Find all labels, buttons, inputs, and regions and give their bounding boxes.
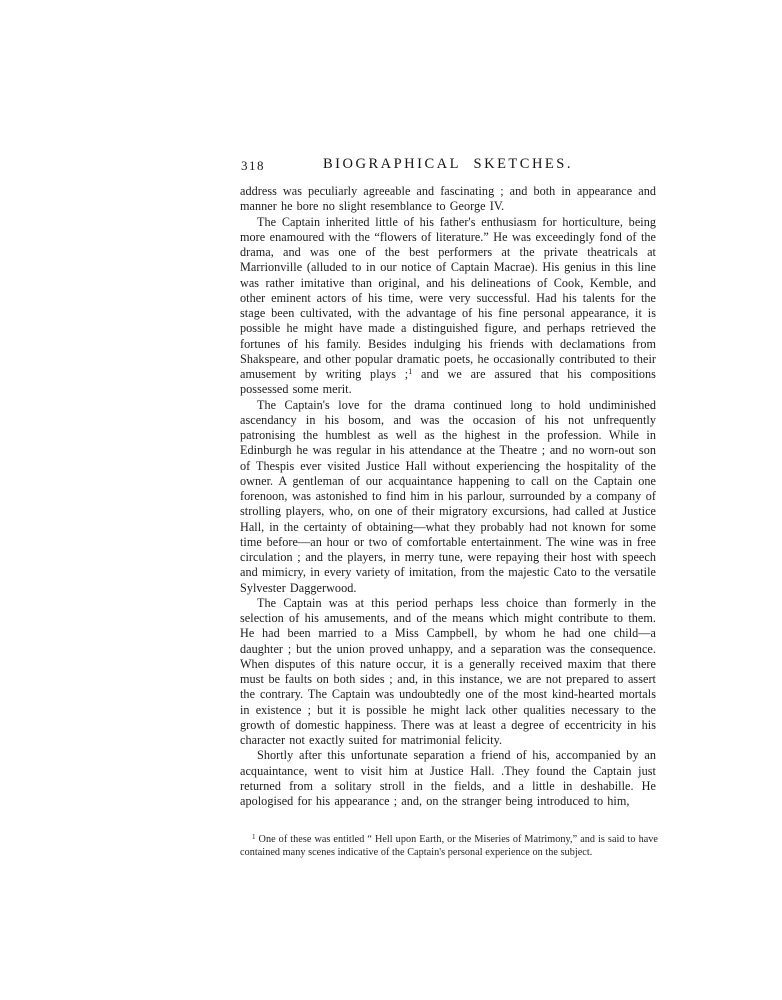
paragraph: The Captain was at this period perhaps l… bbox=[240, 596, 656, 749]
paragraph-text: Shortly after this unfortunate separatio… bbox=[240, 748, 656, 808]
running-head: 318 BIOGRAPHICAL SKETCHES. bbox=[240, 156, 656, 174]
paragraph-text: The Captain inherited little of his fath… bbox=[240, 215, 656, 382]
paragraph-continuation: address was peculiarly agreeable and fas… bbox=[240, 184, 656, 215]
footnote: 1 One of these was entitled “ Hell upon … bbox=[240, 833, 658, 859]
book-page: 318 BIOGRAPHICAL SKETCHES. address was p… bbox=[0, 0, 782, 1000]
page-body: address was peculiarly agreeable and fas… bbox=[240, 184, 656, 809]
paragraph-text: address was peculiarly agreeable and fas… bbox=[240, 184, 656, 213]
footnote-text: One of these was entitled “ Hell upon Ea… bbox=[240, 834, 658, 858]
paragraph: Shortly after this unfortunate separatio… bbox=[240, 748, 656, 809]
paragraph: The Captain inherited little of his fath… bbox=[240, 215, 656, 398]
paragraph-text: The Captain's love for the drama continu… bbox=[240, 398, 656, 595]
paragraph-text: The Captain was at this period perhaps l… bbox=[240, 596, 656, 747]
running-title: BIOGRAPHICAL SKETCHES. bbox=[240, 156, 656, 173]
paragraph: The Captain's love for the drama continu… bbox=[240, 398, 656, 596]
